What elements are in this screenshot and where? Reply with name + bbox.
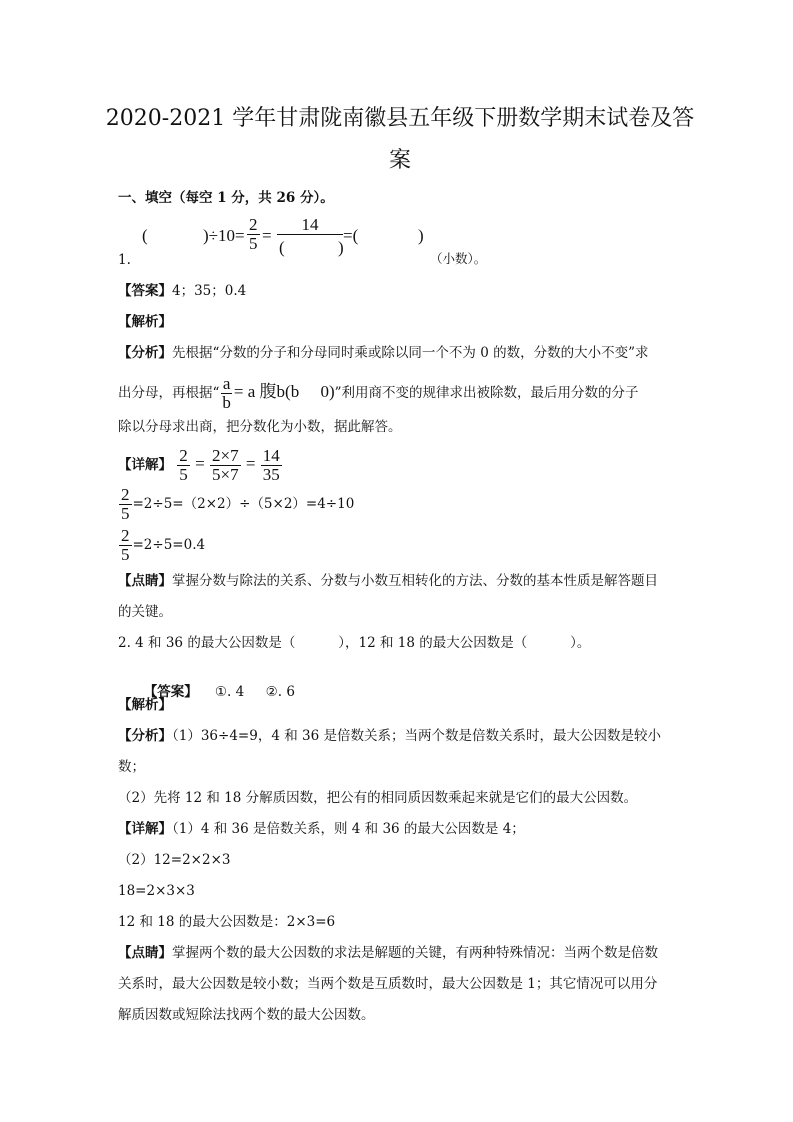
q2-dianjing-line3: 解质因数或短除法找两个数的最大公因数。 bbox=[118, 1006, 375, 1024]
q1-fenxi-line2: 出分母，再根据“ab= a 腹b(b 0)”利用商不变的规律求出被除数，最后用分… bbox=[118, 372, 639, 413]
q1-xiangjie-line3: 25=2÷5=0.4 bbox=[118, 525, 205, 565]
q1-xiangjie-line2: 25=2÷5=（2×2）÷（5×2）=4÷10 bbox=[118, 484, 354, 524]
q2-xiangjie-line1: 【详解】（1）4 和 36 是倍数关系，则 4 和 36 的最大公因数是 4； bbox=[118, 820, 525, 838]
q2-fenxi-line1: 【分析】（1）36÷4=9，4 和 36 是倍数关系；当两个数是倍数关系时，最大… bbox=[118, 727, 661, 745]
formula-a-over-b: ab bbox=[220, 375, 233, 412]
q1-fenxi-line3: 除以分母求出商，把分数化为小数，据此解答。 bbox=[118, 418, 402, 436]
q1-frac2-numerator: 14 bbox=[277, 216, 343, 235]
q1-eq2: = bbox=[262, 226, 272, 246]
q2-xiangjie-line3: 18=2×3×3 bbox=[118, 882, 195, 900]
q1-xiangjie-line1: 【详解】 25 = 2×75×7 = 1435 bbox=[118, 444, 283, 485]
q2-fenxi-line3: （2）先将 12 和 18 分解质因数，把公有的相同质因数乘起来就是它们的最大公… bbox=[118, 789, 637, 807]
q1-frac2-den-open: ( bbox=[279, 238, 285, 258]
q2-dianjing-line1: 【点睛】掌握两个数的最大公因数的求法是解题的关键，有两种特殊情况：当两个数是倍数 bbox=[118, 944, 658, 962]
q1-fraction-2-5: 2 5 bbox=[247, 216, 260, 253]
q1-fenxi-line1: 【分析】先根据“分数的分子和分母同时乘或除以同一个不为 0 的数，分数的大小不变… bbox=[118, 344, 648, 362]
document-title-line1: 2020-2021 学年甘肃陇南徽县五年级下册数学期末试卷及答 bbox=[100, 104, 700, 134]
q1-blank3-close: ) bbox=[418, 226, 424, 246]
q2-analysis-tag: 【解析】 bbox=[118, 696, 172, 714]
q1-dianjing-line2: 的关键。 bbox=[118, 603, 172, 621]
q2-dianjing-line2: 关系时，最大公因数是较小数；当两个数是互质数时，最大公因数是 1；其它情况可以用… bbox=[118, 975, 657, 993]
q1-answer: 【答案】4；35；0.4 bbox=[118, 282, 246, 300]
document-title-line2: 案 bbox=[100, 146, 700, 176]
q1-analysis-tag: 【解析】 bbox=[118, 313, 172, 331]
q2-xiangjie-line2: （2）12=2×2×3 bbox=[118, 851, 230, 869]
q1-blank1-close: )÷10= bbox=[203, 226, 245, 246]
document-page: 2020-2021 学年甘肃陇南徽县五年级下册数学期末试卷及答 案 一、填空（每… bbox=[0, 0, 793, 1122]
q1-blank1-open: ( bbox=[142, 226, 148, 246]
q2-fenxi-line2: 数； bbox=[118, 758, 145, 776]
q1-eq3: =( bbox=[343, 226, 358, 246]
q1-suffix: （小数）。 bbox=[430, 250, 486, 268]
q2-xiangjie-line4: 12 和 18 的最大公因数是：2×3=6 bbox=[118, 913, 335, 931]
q2-question: 2. 4 和 36 的最大公因数是（ ），12 和 18 的最大公因数是（ ）。 bbox=[118, 634, 590, 652]
section-heading: 一、填空（每空 1 分，共 26 分）。 bbox=[118, 189, 334, 207]
q1-number: 1. bbox=[118, 251, 131, 269]
q1-dianjing-line1: 【点睛】掌握分数与除法的关系、分数与小数互相转化的方法、分数的基本性质是解答题目 bbox=[118, 572, 658, 590]
